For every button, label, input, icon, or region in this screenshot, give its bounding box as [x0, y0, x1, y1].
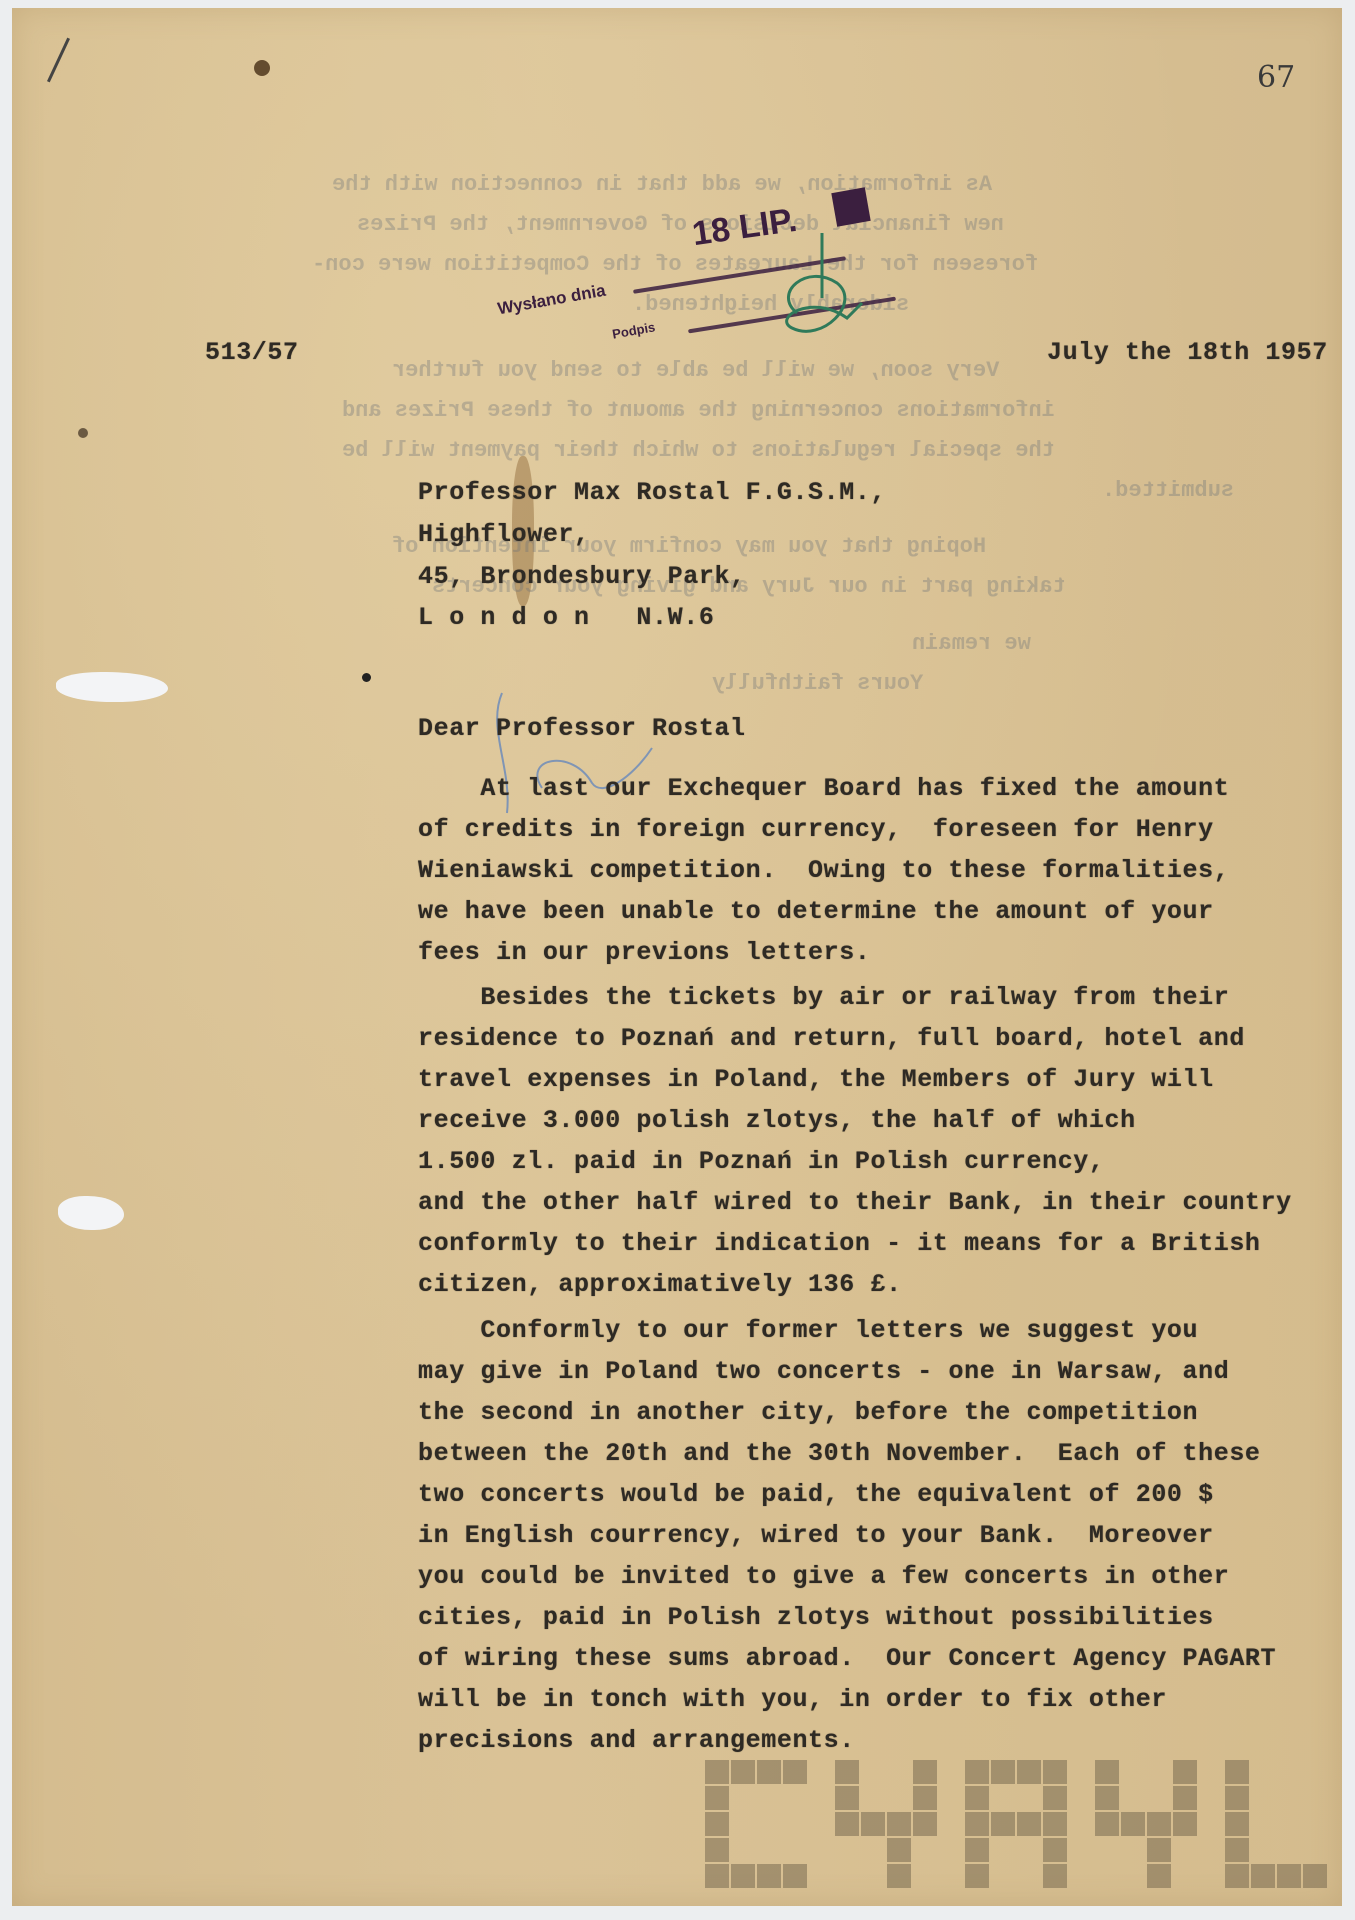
- body-line: in English courrency, wired to your Bank…: [418, 1523, 1214, 1548]
- watermark-cell: [965, 1864, 989, 1888]
- watermark-cell: [731, 1864, 755, 1888]
- body-line: of credits in foreign currency, foreseen…: [418, 817, 1214, 842]
- watermark-cell: [1225, 1812, 1249, 1836]
- watermark-cell: [1147, 1838, 1171, 1862]
- watermark-cell: [1043, 1864, 1067, 1888]
- watermark-cell: [835, 1786, 859, 1810]
- watermark-cell: [705, 1864, 729, 1888]
- body-line: and the other half wired to their Bank, …: [418, 1190, 1292, 1215]
- letter-page: 67 As information, we add that in connec…: [12, 8, 1342, 1906]
- watermark-cell: [1121, 1812, 1145, 1836]
- watermark-cell: [731, 1760, 755, 1784]
- watermark-cell: [1095, 1812, 1119, 1836]
- pencil-mark: [47, 38, 70, 83]
- watermark-cell: [1095, 1760, 1119, 1784]
- watermark-cell: [1173, 1760, 1197, 1784]
- letter-date: July the 18th 1957: [1047, 340, 1328, 365]
- watermark-cell: [1017, 1760, 1041, 1784]
- dot-mark: [362, 673, 371, 682]
- watermark-cell: [913, 1812, 937, 1836]
- body-line: precisions and arrangements.: [418, 1728, 855, 1753]
- watermark-cell: [757, 1864, 781, 1888]
- body-line: travel expenses in Poland, the Members o…: [418, 1067, 1214, 1092]
- watermark-cell: [1225, 1864, 1249, 1888]
- watermark-cell: [705, 1838, 729, 1862]
- address-line: Highflower,: [418, 522, 590, 547]
- body-line: between the 20th and the 30th November. …: [418, 1441, 1261, 1466]
- watermark-cell: [1095, 1786, 1119, 1810]
- watermark-cell: [1147, 1812, 1171, 1836]
- watermark-cell: [757, 1760, 781, 1784]
- watermark-cell: [1043, 1812, 1067, 1836]
- watermark-cell: [887, 1812, 911, 1836]
- watermark-cell: [705, 1812, 729, 1836]
- watermark-cell: [887, 1864, 911, 1888]
- body-line: may give in Poland two concerts - one in…: [418, 1359, 1229, 1384]
- body-line: citizen, approximatively 136 £.: [418, 1272, 902, 1297]
- watermark-cell: [1225, 1786, 1249, 1810]
- body-line: conformly to their indication - it means…: [418, 1231, 1261, 1256]
- watermark-cell: [991, 1760, 1015, 1784]
- signature-initials: [752, 223, 882, 353]
- address-line: 45, Brondesbury Park,: [418, 564, 746, 589]
- body-line: 1.500 zl. paid in Poznań in Polish curre…: [418, 1149, 1105, 1174]
- body-line: cities, paid in Polish zlotys without po…: [418, 1605, 1214, 1630]
- watermark-cell: [1043, 1786, 1067, 1810]
- watermark-cell: [705, 1786, 729, 1810]
- watermark-cell: [1173, 1812, 1197, 1836]
- watermark-cell: [835, 1760, 859, 1784]
- stamp-signature-label: Podpis: [611, 319, 656, 341]
- watermark-cell: [1251, 1864, 1275, 1888]
- watermark-cell: [1017, 1812, 1041, 1836]
- watermark-cell: [1303, 1864, 1327, 1888]
- dot-mark: [78, 428, 88, 438]
- ink-blot: [254, 60, 270, 76]
- watermark-cell: [965, 1812, 989, 1836]
- watermark-cell: [1173, 1786, 1197, 1810]
- body-line: of wiring these sums abroad. Our Concert…: [418, 1646, 1276, 1671]
- cyryl-watermark: [705, 1760, 1305, 1880]
- body-line: Besides the tickets by air or railway fr…: [418, 985, 1229, 1010]
- watermark-cell: [965, 1760, 989, 1784]
- body-line: residence to Poznań and return, full boa…: [418, 1026, 1245, 1051]
- body-line: will be in tonch with you, in order to f…: [418, 1687, 1167, 1712]
- watermark-cell: [991, 1812, 1015, 1836]
- reference-number: 513/57: [205, 340, 299, 365]
- body-line: Wieniawski competition. Owing to these f…: [418, 858, 1229, 883]
- watermark-cell: [783, 1864, 807, 1888]
- salutation: Dear Professor Rostal: [418, 716, 746, 741]
- body-line: Conformly to our former letters we sugge…: [418, 1318, 1198, 1343]
- body-line: the second in another city, before the c…: [418, 1400, 1198, 1425]
- watermark-cell: [783, 1760, 807, 1784]
- punch-hole-bottom: [58, 1196, 124, 1230]
- address-line: L o n d o n N.W.6: [418, 605, 714, 630]
- watermark-cell: [1147, 1864, 1171, 1888]
- watermark-cell: [1277, 1864, 1301, 1888]
- watermark-cell: [705, 1760, 729, 1784]
- body-line: we have been unable to determine the amo…: [418, 899, 1214, 924]
- body-line: you could be invited to give a few conce…: [418, 1564, 1229, 1589]
- watermark-cell: [1225, 1838, 1249, 1862]
- punch-hole-top: [56, 672, 168, 702]
- folio-number: 67: [1257, 60, 1295, 95]
- watermark-cell: [861, 1812, 885, 1836]
- body-line: At last our Exchequer Board has fixed th…: [418, 776, 1229, 801]
- watermark-cell: [1043, 1760, 1067, 1784]
- watermark-cell: [965, 1838, 989, 1862]
- watermark-cell: [913, 1786, 937, 1810]
- stamp-year-blot: [831, 187, 870, 226]
- watermark-cell: [1043, 1838, 1067, 1862]
- watermark-cell: [1225, 1760, 1249, 1784]
- watermark-cell: [835, 1812, 859, 1836]
- body-line: fees in our previons letters.: [418, 940, 870, 965]
- body-line: receive 3.000 polish zlotys, the half of…: [418, 1108, 1136, 1133]
- address-line: Professor Max Rostal F.G.S.M.,: [418, 480, 886, 505]
- body-line: two concerts would be paid, the equivale…: [418, 1482, 1214, 1507]
- stamp-sent-label: Wysłano dnia: [496, 281, 607, 320]
- watermark-cell: [913, 1760, 937, 1784]
- watermark-cell: [887, 1838, 911, 1862]
- watermark-cell: [965, 1786, 989, 1810]
